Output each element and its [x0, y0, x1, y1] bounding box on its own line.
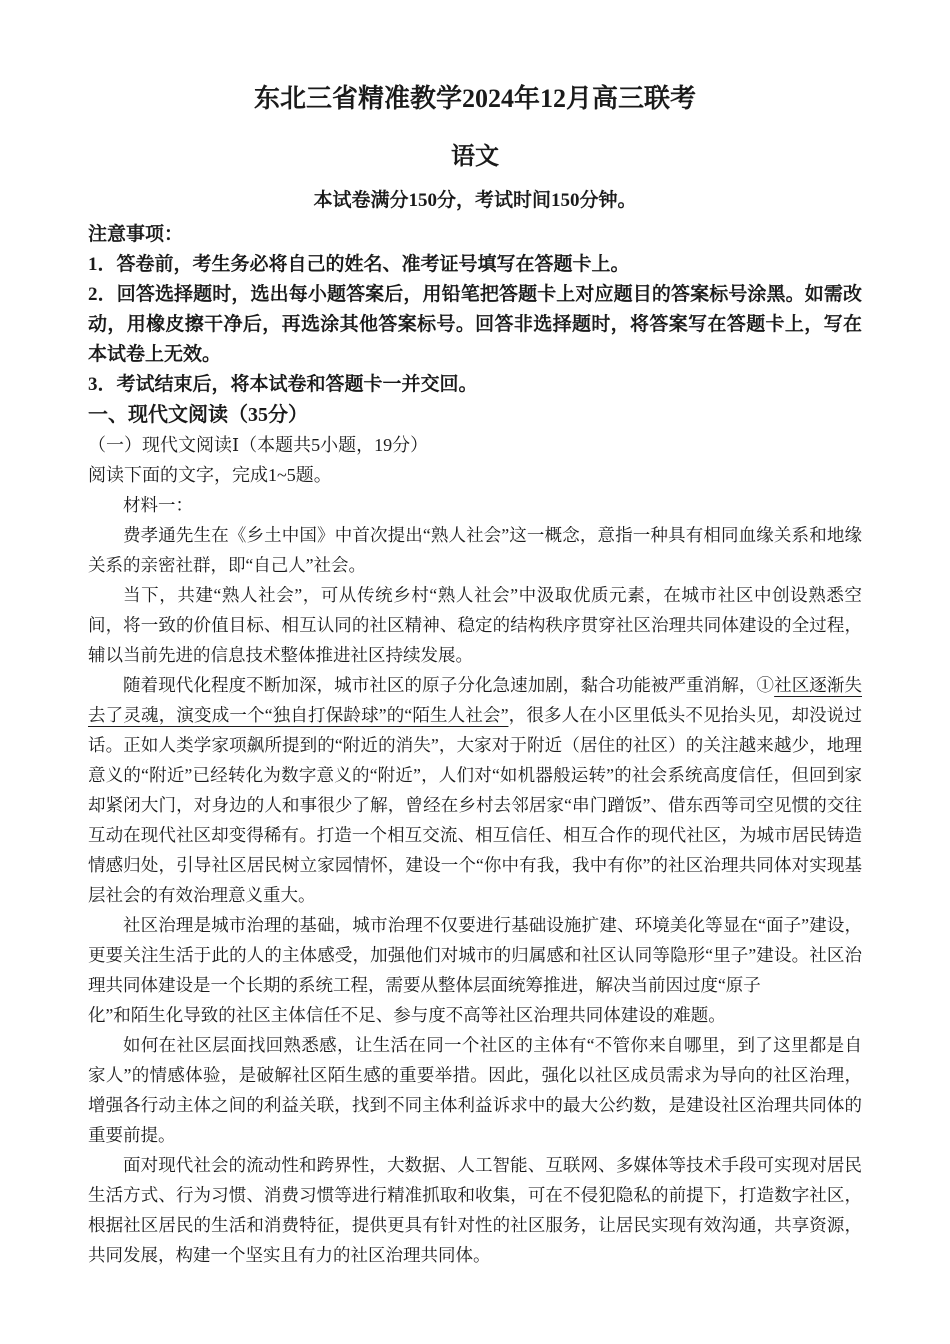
section-title: 一、现代文阅读（35分） — [88, 400, 862, 430]
passage-paragraph: 社区治理是城市治理的基础，城市治理不仅要进行基础设施扩建、环境美化等显在“面子”… — [88, 910, 862, 1000]
text-segment: 当下，共建“熟人社会”，可从传统乡村“熟人社会”中汲取优质元素，在城市社区中创设… — [88, 585, 862, 665]
notice-item: 1．答卷前，考生务必将自己的姓名、准考证号填写在答题卡上。 — [88, 250, 862, 280]
text-segment: 面对现代社会的流动性和跨界性，大数据、人工智能、互联网、多媒体等技术手段可实现对… — [88, 1155, 862, 1265]
passage-paragraph: 面对现代社会的流动性和跨界性，大数据、人工智能、互联网、多媒体等技术手段可实现对… — [88, 1150, 862, 1270]
passage-paragraph: 随着现代化程度不断加深，城市社区的原子分化急速加剧，黏合功能被严重消解，①社区逐… — [88, 670, 862, 910]
passage-paragraphs: 费孝通先生在《乡土中国》中首次提出“熟人社会”这一概念，意指一种具有相同血缘关系… — [88, 520, 862, 1270]
material-label: 材料一： — [88, 490, 862, 520]
passage-paragraph: 化”和陌生化导致的社区主体信任不足、参与度不高等社区治理共同体建设的难题。 — [88, 1000, 862, 1030]
passage-paragraph: 当下，共建“熟人社会”，可从传统乡村“熟人社会”中汲取优质元素，在城市社区中创设… — [88, 580, 862, 670]
passage: 材料一： 费孝通先生在《乡土中国》中首次提出“熟人社会”这一概念，意指一种具有相… — [88, 490, 862, 1270]
subject-title: 语文 — [88, 142, 862, 172]
text-segment: ，很多人在小区里低头不见抬头见，却没说过话。正如人类学家项飙所提到的“附近的消失… — [88, 705, 862, 905]
notice-item: 2．回答选择题时，选出每小题答案后，用铅笔把答题卡上对应题目的答案标号涂黑。如需… — [88, 280, 862, 370]
text-segment: 费孝通先生在《乡土中国》中首次提出“熟人社会”这一概念，意指一种具有相同血缘关系… — [88, 525, 862, 575]
text-segment: 如何在社区层面找回熟悉感，让生活在同一个社区的主体有“不管你来自哪里，到了这里都… — [88, 1035, 862, 1145]
notice-heading: 注意事项： — [88, 220, 862, 250]
notice-items: 1．答卷前，考生务必将自己的姓名、准考证号填写在答题卡上。2．回答选择题时，选出… — [88, 250, 862, 400]
reading-instruction: 阅读下面的文字，完成1~5题。 — [88, 460, 862, 490]
notice-item: 3．考试结束后，将本试卷和答题卡一并交回。 — [88, 370, 862, 400]
exam-paper-page: 东北三省精准教学2024年12月高三联考 语文 本试卷满分150分，考试时间15… — [0, 0, 950, 1344]
text-segment: 随着现代化程度不断加深，城市社区的原子分化急速加剧，黏合功能被严重消解，① — [123, 675, 774, 695]
exam-info: 本试卷满分150分，考试时间150分钟。 — [88, 188, 862, 214]
text-segment: 化”和陌生化导致的社区主体信任不足、参与度不高等社区治理共同体建设的难题。 — [88, 1005, 726, 1025]
passage-paragraph: 如何在社区层面找回熟悉感，让生活在同一个社区的主体有“不管你来自哪里，到了这里都… — [88, 1030, 862, 1150]
reading-section: 一、现代文阅读（35分） （一）现代文阅读Ⅰ（本题共5小题，19分） 阅读下面的… — [88, 400, 862, 1270]
exam-title: 东北三省精准教学2024年12月高三联考 — [88, 84, 862, 114]
notice-section: 注意事项： 1．答卷前，考生务必将自己的姓名、准考证号填写在答题卡上。2．回答选… — [88, 220, 862, 400]
subsection-title: （一）现代文阅读Ⅰ（本题共5小题，19分） — [88, 430, 862, 460]
text-segment: 社区治理是城市治理的基础，城市治理不仅要进行基础设施扩建、环境美化等显在“面子”… — [88, 915, 862, 995]
passage-paragraph: 费孝通先生在《乡土中国》中首次提出“熟人社会”这一概念，意指一种具有相同血缘关系… — [88, 520, 862, 580]
